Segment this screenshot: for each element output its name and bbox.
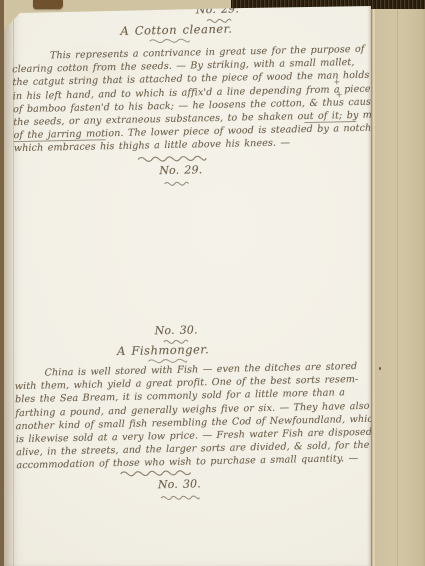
section-title: A Cotton cleaner.: [120, 22, 232, 38]
flourish-squiggle-icon: [137, 154, 207, 163]
gutter-edge: [0, 0, 4, 566]
section-closing-number: No. 29.: [159, 163, 202, 177]
handwritten-content: No. 29. A Cotton cleaner. This represent…: [4, 0, 371, 566]
section-closing-number: No. 30.: [158, 477, 201, 491]
flourish-squiggle-icon: [160, 494, 200, 501]
page-edge-highlight: [373, 0, 375, 566]
paragraph-fishmonger: China is well stored with Fish — even th…: [14, 359, 371, 472]
album-crease-line: [397, 0, 398, 566]
page-edge-crease: [371, 0, 372, 566]
manuscript-page: No. 29. A Cotton cleaner. This represent…: [4, 0, 371, 566]
flourish-squiggle-icon: [120, 469, 192, 479]
insertion-mark: +: [333, 77, 340, 86]
flourish-squiggle-icon: [164, 181, 190, 188]
title-underline-flourish-icon: [149, 37, 191, 44]
paragraph-cotton-cleaner: This represents a contrivance in great u…: [12, 42, 371, 156]
binding-leather-patch: [33, 0, 63, 9]
ink-speck: [379, 367, 381, 370]
insertion-mark: +: [336, 90, 343, 99]
section-number-heading: No. 30.: [155, 323, 198, 337]
section-title: A Fishmonger.: [117, 342, 209, 358]
